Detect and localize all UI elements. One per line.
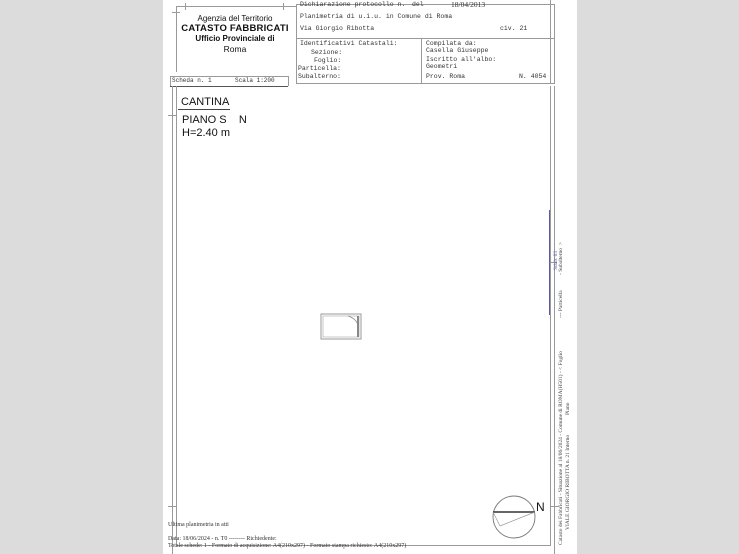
register-value: Geometri — [426, 63, 457, 70]
frame-tick — [185, 3, 186, 10]
frame-line — [296, 38, 554, 39]
room-name-underline — [178, 109, 230, 110]
side-particella-text: --- Particella — [558, 290, 564, 318]
declaration-text: Dichiarazione protocollo n. — [300, 1, 405, 8]
frame-line — [288, 76, 289, 86]
compiler-name: Casella Giuseppe — [426, 47, 488, 54]
agency-block: Agenzia del Territorio CATASTO FABBRICAT… — [180, 14, 290, 54]
frame-line — [176, 6, 177, 72]
scheda-number: Scheda n. 1 — [172, 77, 212, 84]
frame-line — [296, 4, 297, 84]
frame-line — [170, 76, 171, 86]
subalterno-label: Subalterno: — [298, 73, 341, 80]
side-floor-text: Piano — [565, 402, 571, 415]
declaration-date-label: del — [412, 1, 424, 8]
frame-line — [550, 86, 551, 546]
catasto-title: CATASTO FABBRICATI — [180, 24, 290, 34]
room-plan-drawing — [318, 312, 366, 344]
background-left — [0, 0, 163, 554]
frame-line — [421, 38, 422, 83]
frame-line — [296, 83, 554, 84]
frame-line — [554, 4, 555, 84]
civic-number: civ. 21 — [500, 25, 527, 32]
side-address-text: VIALE GIORGIO RIBOTTA n. 21 Interno — [565, 435, 571, 530]
floor-label: PIANO S N — [182, 114, 247, 126]
last-plan-note: Ultima planimetria in atti — [168, 522, 229, 528]
office-label: Ufficio Provinciale di — [180, 34, 290, 44]
frame-line — [554, 86, 555, 554]
side-situation-text: Catasto dei Fabbricati - Situazione al 1… — [558, 351, 564, 545]
compiler-label: Compilata da: — [426, 40, 477, 47]
province-label: Prov. Roma — [426, 73, 465, 80]
frame-line — [172, 86, 173, 554]
register-label: Iscritto all'albo: — [426, 56, 496, 63]
frame-line — [176, 6, 297, 7]
planimetry-text: Planimetria di u.i.u. in Comune di Roma — [300, 13, 452, 20]
height-label: H=2.40 m — [182, 127, 230, 139]
room-name: CANTINA — [181, 96, 229, 108]
side-subalterno-text: - Subalterno — [558, 248, 564, 275]
side-close-text: > — [558, 242, 564, 245]
frame-tick — [168, 506, 176, 507]
foglio-label: Foglio: — [314, 57, 341, 64]
frame-tick — [168, 115, 176, 116]
frame-tick — [283, 3, 284, 10]
background-right — [577, 0, 739, 554]
sezione-label: Sezione: — [311, 49, 342, 56]
north-label: N — [536, 500, 545, 514]
frame-line — [176, 86, 177, 546]
particella-label: Particella: — [298, 65, 341, 72]
frame-line — [170, 86, 288, 87]
register-number: N. 4054 — [519, 73, 546, 80]
frame-tick — [172, 12, 180, 13]
identifiers-title: Identificativi Catastali: — [300, 40, 398, 47]
north-compass-icon — [490, 490, 550, 546]
totals-line: Totale schede: 1 - Formato di acquisizio… — [168, 543, 406, 549]
stamp-bracket — [549, 210, 550, 315]
address-text: Via Giorgio Ribotta — [300, 25, 374, 32]
scale-label: Scala 1:200 — [235, 77, 275, 84]
frame-line — [550, 0, 551, 84]
declaration-date: 18/04/2013 — [451, 0, 485, 9]
office-city: Roma — [180, 44, 290, 54]
request-date-line: Data: 18/06/2024 - n. T0 -------- Richie… — [168, 536, 277, 542]
